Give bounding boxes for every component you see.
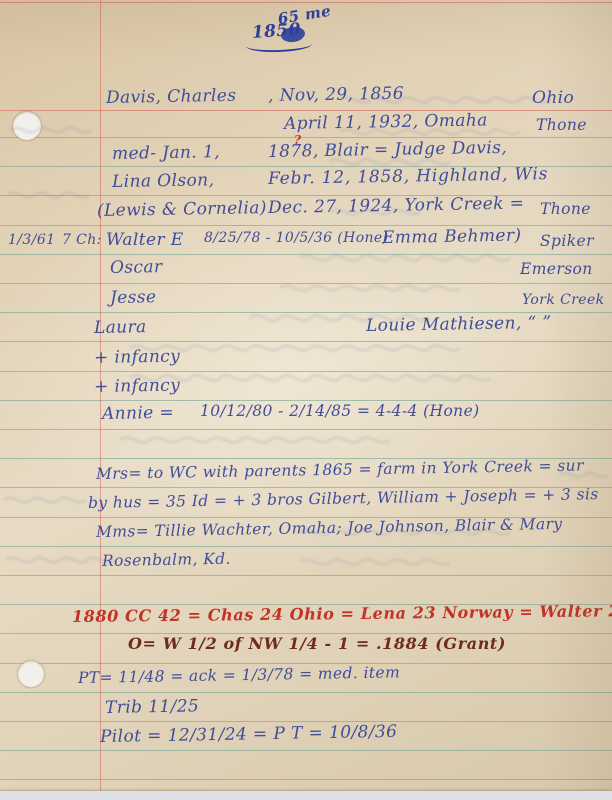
child-name: Laura [94, 317, 147, 338]
child-name: Annie = [102, 403, 174, 424]
scanned-notebook-page: 65 me 1850 Davis, Charles , Nov, 29, 185… [0, 0, 612, 800]
ruled-line [0, 779, 612, 780]
underline-flourish [246, 37, 312, 53]
land-record-line: O= W 1/2 of NW 1/4 - 1 = .1884 (Grant) [128, 634, 506, 653]
death-source: Thone [536, 116, 587, 134]
ruled-line [0, 546, 612, 547]
child-name: Jesse [110, 287, 157, 308]
child-place: Emerson [520, 260, 593, 278]
ruled-line [0, 692, 612, 693]
spouse-name: Lina Olson, [112, 170, 215, 192]
source-line: PT= 11/48 = ack = 1/3/78 = med. item [78, 663, 400, 687]
marriage-label: med- Jan. 1, [112, 142, 220, 164]
header-rule-line [0, 110, 612, 111]
ruled-line [0, 721, 612, 722]
child-place: York Creek [522, 292, 605, 308]
child-name: Oscar [110, 257, 163, 278]
child-name: Walter E [106, 230, 184, 250]
marriage-date: 1878, Blair = Judge Davis, [268, 138, 507, 162]
note-line: Rosenbalm, Kd. [102, 550, 231, 570]
spouse-death: Dec. 27, 1924, York Creek = [268, 194, 525, 218]
hole-punch-bottom [18, 661, 44, 687]
subject-name: Davis, Charles [106, 86, 237, 108]
note-line: by hus = 35 Id = + 3 bros Gilbert, Willi… [88, 485, 599, 512]
ruled-line [0, 575, 612, 576]
spouse-death-source: Thone [540, 200, 591, 218]
birth-place: Ohio [532, 88, 574, 108]
ruled-line [0, 371, 612, 372]
ruled-line [0, 750, 612, 751]
ruled-line [0, 137, 612, 138]
margin-children-count: 7 Ch: [62, 232, 102, 248]
note-line: Mrs= to WC with parents 1865 = farm in Y… [96, 456, 584, 483]
child-spouse: Emma Behmer) [382, 226, 522, 248]
ruled-line [0, 429, 612, 430]
child-spouse: Louie Mathiesen, “ ” [366, 313, 552, 336]
ruled-line [0, 283, 612, 284]
note-line: Mms= Tillie Wachter, Omaha; Joe Johnson,… [96, 515, 563, 541]
birth-date: , Nov, 29, 1856 [268, 84, 404, 106]
header-rule-line [0, 2, 612, 3]
child-dates: 8/25/78 - 10/5/36 (Hone) [204, 230, 388, 246]
margin-date: 1/3/61 [8, 232, 55, 248]
child-name: + infancy [94, 346, 180, 368]
hole-punch-top [13, 112, 41, 140]
ruled-line [0, 341, 612, 342]
ruled-line [0, 663, 612, 664]
source-line: Pilot = 12/31/24 = P T = 10/8/36 [100, 722, 398, 747]
child-name: + infancy [94, 375, 180, 397]
ruled-line [0, 254, 612, 255]
source-line: Trib 11/25 [105, 696, 200, 718]
ruled-line [0, 400, 612, 401]
death-date: April 11, 1932, Omaha [284, 110, 488, 134]
spouse-parents: (Lewis & Cornelia) [97, 198, 267, 221]
scanner-background [0, 791, 612, 800]
marriage-query-mark: ? [294, 133, 301, 147]
child-place: Spiker [540, 232, 594, 250]
spouse-birth: Febr. 12, 1858, Highland, Wis [268, 164, 549, 189]
child-dates: 10/12/80 - 2/14/85 = 4-4-4 (Hone) [200, 402, 480, 420]
